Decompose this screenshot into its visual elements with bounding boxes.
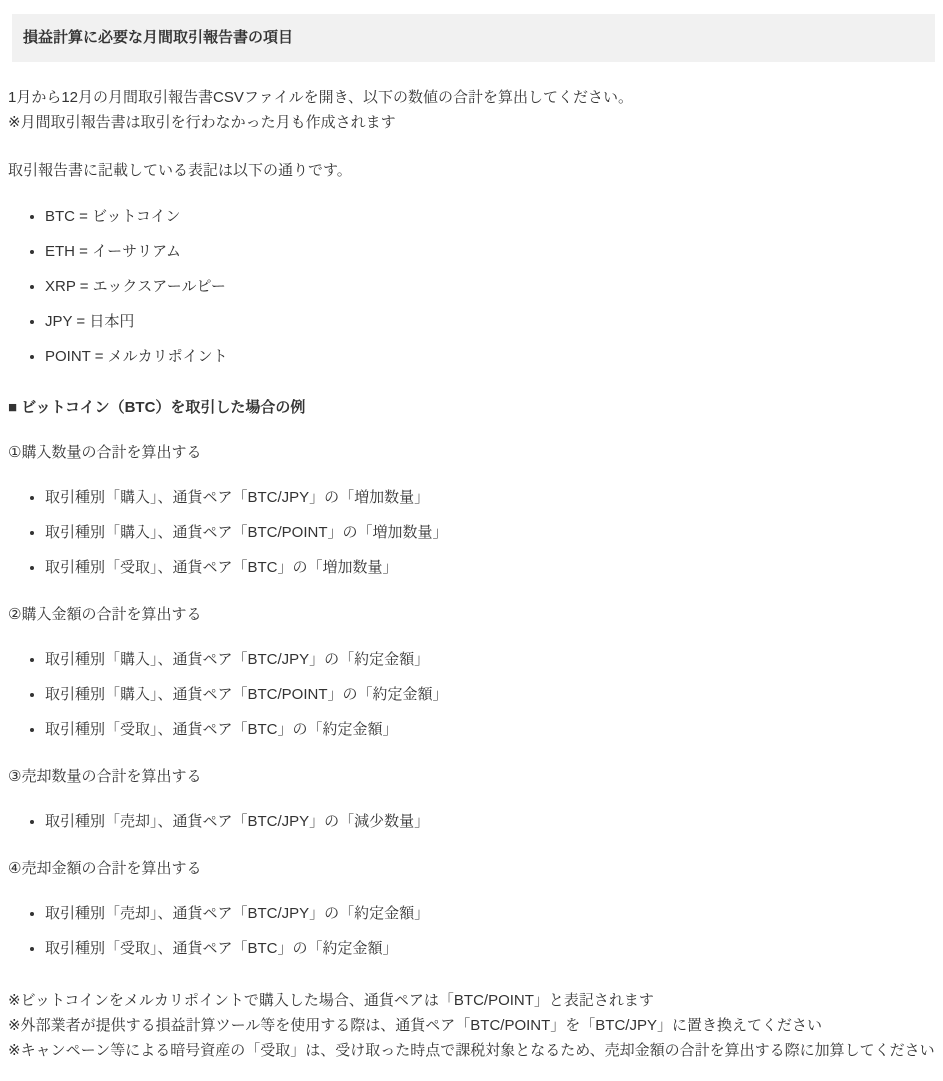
footnotes: ※ビットコインをメルカリポイントで購入した場合、通貨ペアは「BTC/POINT」…	[8, 988, 935, 1063]
list-item: POINT = メルカリポイント	[45, 345, 935, 369]
notation-list: BTC = ビットコイン ETH = イーサリアム XRP = エックスアールピ…	[8, 205, 935, 369]
list-item: XRP = エックスアールピー	[45, 275, 935, 299]
step-2-list: 取引種別「購入」、通貨ペア「BTC/JPY」の「約定金額」 取引種別「購入」、通…	[8, 648, 935, 742]
list-item: 取引種別「売却」、通貨ペア「BTC/JPY」の「約定金額」	[45, 902, 935, 926]
list-item: 取引種別「受取」、通貨ペア「BTC」の「約定金額」	[45, 937, 935, 961]
example-section-heading: ■ ビットコイン（BTC）を取引した場合の例	[8, 396, 935, 420]
list-item: 取引種別「購入」、通貨ペア「BTC/JPY」の「約定金額」	[45, 648, 935, 672]
step-1-title: ①購入数量の合計を算出する	[8, 440, 935, 465]
list-item: JPY = 日本円	[45, 310, 935, 334]
step-4-list: 取引種別「売却」、通貨ペア「BTC/JPY」の「約定金額」 取引種別「受取」、通…	[8, 902, 935, 961]
footnote: ※外部業者が提供する損益計算ツール等を使用する際は、通貨ペア「BTC/POINT…	[8, 1013, 935, 1038]
list-item: 取引種別「受取」、通貨ペア「BTC」の「増加数量」	[45, 556, 935, 580]
list-item: ETH = イーサリアム	[45, 240, 935, 264]
footnote: ※ビットコインをメルカリポイントで購入した場合、通貨ペアは「BTC/POINT」…	[8, 988, 935, 1013]
intro-line-2: ※月間取引報告書は取引を行わなかった月も作成されます	[8, 114, 396, 131]
intro-paragraph: 1月から12月の月間取引報告書CSVファイルを開き、以下の数値の合計を算出してく…	[8, 85, 935, 135]
help-article: 損益計算に必要な月間取引報告書の項目 1月から12月の月間取引報告書CSVファイ…	[0, 0, 943, 1081]
article-title-bar: 損益計算に必要な月間取引報告書の項目	[12, 14, 935, 62]
step-3-title: ③売却数量の合計を算出する	[8, 764, 935, 789]
intro-line-1: 1月から12月の月間取引報告書CSVファイルを開き、以下の数値の合計を算出してく…	[8, 89, 633, 106]
list-item: 取引種別「購入」、通貨ペア「BTC/POINT」の「約定金額」	[45, 683, 935, 707]
list-item: 取引種別「受取」、通貨ペア「BTC」の「約定金額」	[45, 718, 935, 742]
list-item: 取引種別「購入」、通貨ペア「BTC/JPY」の「増加数量」	[45, 486, 935, 510]
list-item: BTC = ビットコイン	[45, 205, 935, 229]
step-4-title: ④売却金額の合計を算出する	[8, 856, 935, 881]
list-item: 取引種別「売却」、通貨ペア「BTC/JPY」の「減少数量」	[45, 810, 935, 834]
footnote: ※キャンペーン等による暗号資産の「受取」は、受け取った時点で課税対象となるため、…	[8, 1038, 935, 1063]
list-item: 取引種別「購入」、通貨ペア「BTC/POINT」の「増加数量」	[45, 521, 935, 545]
notation-intro: 取引報告書に記載している表記は以下の通りです。	[8, 158, 935, 183]
step-1-list: 取引種別「購入」、通貨ペア「BTC/JPY」の「増加数量」 取引種別「購入」、通…	[8, 486, 935, 580]
step-2-title: ②購入金額の合計を算出する	[8, 602, 935, 627]
step-3-list: 取引種別「売却」、通貨ペア「BTC/JPY」の「減少数量」	[8, 810, 935, 834]
page-title: 損益計算に必要な月間取引報告書の項目	[23, 29, 293, 46]
